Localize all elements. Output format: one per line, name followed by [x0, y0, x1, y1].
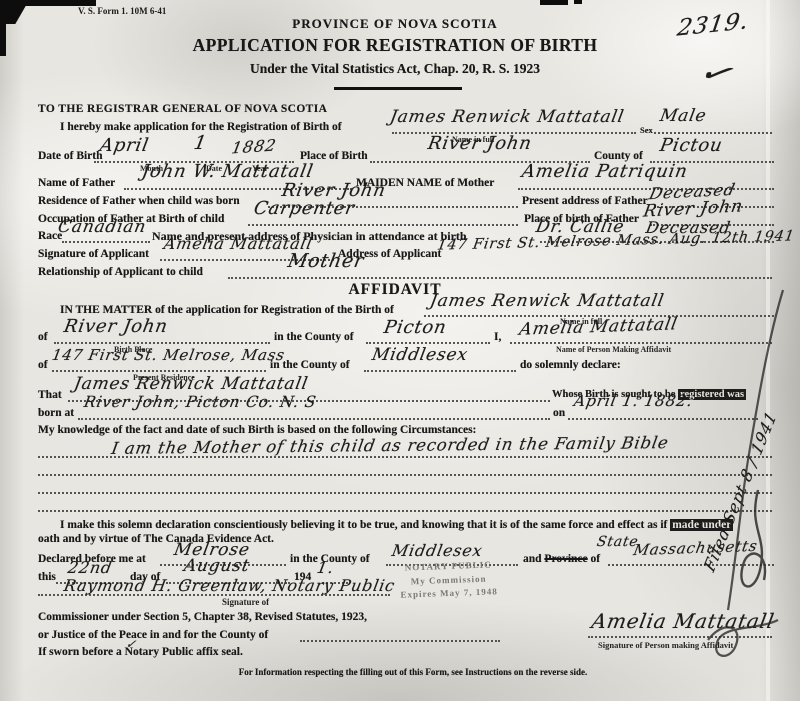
residence-label: Residence of Father when child was born	[38, 195, 240, 208]
province-label: and Province of	[523, 553, 600, 566]
race-value: Canadian	[57, 219, 148, 236]
addressee-line: TO THE REGISTRAR GENERAL OF NOVA SCOTIA	[38, 103, 327, 116]
seal-pre: If sworn before a	[38, 646, 125, 658]
that-label: That	[38, 389, 62, 402]
scanned-birth-registration-form: V. S. Form 1. 10M 6-41 PROVINCE OF NOVA …	[0, 0, 800, 701]
county1-value: Picton	[382, 319, 448, 337]
sex-label: Sex	[640, 126, 653, 136]
signature-of-caption: Signature of	[222, 598, 269, 607]
sex-value: Male	[659, 108, 708, 125]
that-name-value: James Renwick Mattatall	[73, 376, 310, 393]
aff-residence-blank	[52, 370, 266, 372]
form-number: V. S. Form 1. 10M 6-41	[78, 6, 166, 16]
pob-value: River John	[426, 135, 533, 153]
commissioner-line: Commissioner under Section 5, Chapter 38…	[38, 611, 367, 624]
solemn-pre: I make this solemn declaration conscient…	[60, 519, 670, 531]
day-value: 22nd	[67, 560, 114, 576]
year-hw-value: 1.	[316, 560, 336, 576]
circumstance-line-4	[38, 510, 772, 512]
born-at-label: born at	[38, 407, 74, 420]
born-place-value: River John, Picton Co. N. S	[83, 395, 318, 411]
county-value: Pictou	[658, 137, 724, 155]
scan-edge-mark	[540, 0, 568, 5]
margin-scrawl	[688, 280, 798, 680]
month-value: August	[183, 558, 251, 575]
affidavit-name-value: James Renwick Mattatall	[429, 293, 666, 310]
justice-pre: or	[38, 629, 52, 641]
dob-year-value: 1882	[230, 137, 277, 156]
prov-post: of	[588, 553, 600, 565]
province-heading: PROVINCE OF NOVA SCOTIA	[0, 17, 790, 32]
justice-post: in and for the County of	[147, 629, 268, 641]
notary-sig-value: Raymond H. Greenlaw, Notary Public	[63, 578, 397, 594]
applicant-addr-value: 147 First St. Melrose Mass. Aug. 12th 19…	[436, 229, 795, 253]
circumstance-line-2	[38, 474, 772, 476]
child-name-value: James Renwick Mattatall	[389, 109, 626, 126]
dob-day-value: 1	[192, 134, 208, 153]
mother-value: Amelia Patriquin	[520, 163, 689, 181]
solemn-line-1: I make this solemn declaration conscient…	[60, 519, 733, 532]
this-label: this	[38, 571, 56, 584]
affidavit-heading: AFFIDAVIT	[0, 281, 790, 299]
occupation-blank	[248, 224, 518, 226]
dob-label: Date of Birth	[38, 150, 103, 163]
justice-line: or Justice of the Peace in and for the C…	[38, 629, 268, 642]
birthplace-blank	[54, 342, 270, 344]
father-label: Name of Father	[38, 177, 115, 190]
seal-line: If sworn before a Notary Public affix se…	[38, 646, 243, 659]
of-label-2: of	[38, 359, 48, 372]
footer-instruction: For Information respecting the filling o…	[18, 667, 800, 677]
occupation-value: Carpenter	[252, 200, 356, 218]
sex-blank	[654, 132, 772, 134]
county1-blank	[366, 342, 490, 344]
dob-month-value: April	[98, 137, 150, 155]
circumstance-value: I am the Mother of this child as recorde…	[110, 435, 670, 457]
county-in-label-1: in the County of	[274, 331, 354, 344]
born-place-blank	[78, 418, 550, 420]
father-addr-label: Present address of Father	[522, 195, 648, 208]
form-title: APPLICATION FOR REGISTRATION OF BIRTH	[0, 35, 790, 55]
prov-word-struck: Province	[544, 553, 587, 565]
declare-label: do solemnly declare:	[520, 359, 621, 372]
race-blank	[62, 241, 150, 243]
father-value: John W. Mattatall	[140, 163, 314, 181]
county2-value: Middlesex	[371, 347, 470, 364]
deponent-caption: Name of Person Making Affidavit	[556, 346, 671, 354]
relationship-blank	[228, 277, 772, 279]
declared-county-value: Middlesex	[391, 543, 484, 559]
relationship-value: Mother	[286, 252, 365, 271]
on-label: on	[553, 407, 565, 420]
deponent-value: Amelia Mattatall	[518, 316, 679, 338]
scan-edge-mark-2	[574, 0, 582, 4]
circumstance-line-3	[38, 492, 772, 494]
stamp-line-3: Expires May 7, 1948	[400, 585, 498, 602]
notary-stamp: NOTARY PUBLIC My Commission Expires May …	[399, 558, 498, 602]
aff-residence-value: 147 First St. Melrose, Mass	[51, 348, 286, 363]
seal-tick-mark: ✓	[125, 638, 138, 650]
act-subtitle: Under the Vital Statistics Act, Chap. 20…	[0, 61, 790, 77]
prov-pre: and	[523, 553, 544, 565]
county2-blank	[364, 370, 516, 372]
i-label: I,	[494, 331, 501, 344]
justice-county-blank	[300, 640, 500, 642]
birthplace-value: River John	[62, 318, 169, 336]
checkmark-annotation: ✓	[695, 57, 737, 91]
born-date-value: April 1. 1882.	[573, 394, 694, 410]
of-label-1: of	[38, 331, 48, 344]
relationship-label: Relationship of Applicant to child	[38, 266, 203, 279]
header-rule	[334, 87, 462, 90]
applicant-sig-label: Signature of Applicant	[38, 248, 149, 261]
seal-post: affix seal.	[193, 646, 243, 658]
